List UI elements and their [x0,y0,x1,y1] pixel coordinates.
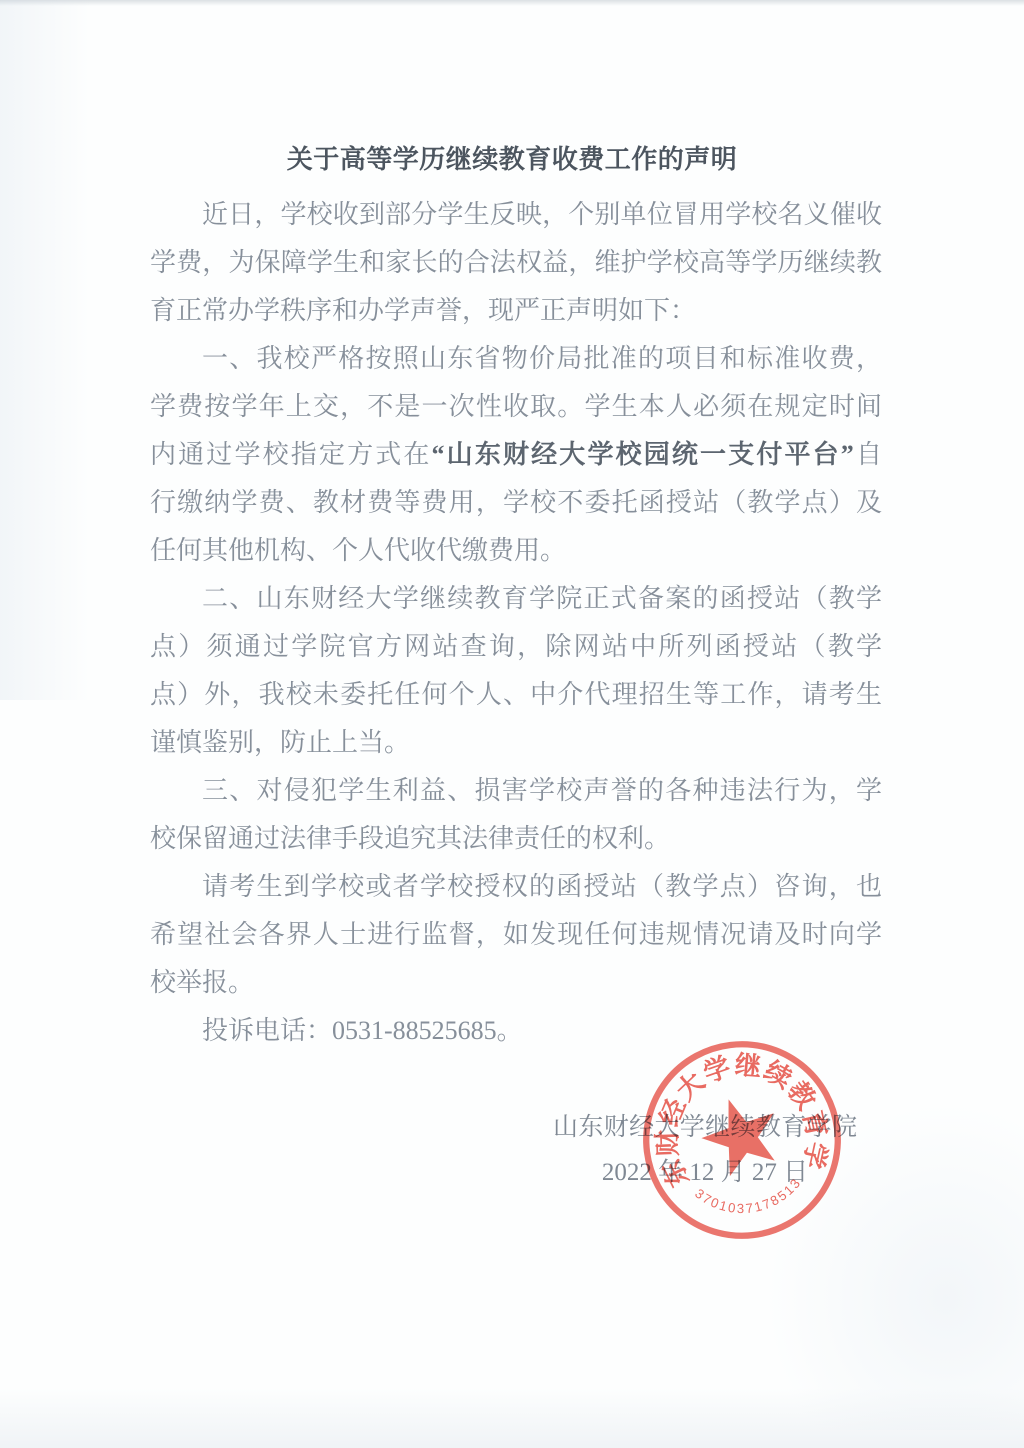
body-text: 三、对侵犯学生利益、损害学校声誉的各种违法行为，学 [202,776,882,805]
text-line: 一、我校严格按照山东省物价局批准的项目和标准收费， [150,335,882,383]
body-text: 行缴纳学费、教材费等费用，学校不委托函授站（教学点）及 [150,488,882,517]
body-text: 学费按学年上交，不是一次性收取。学生本人必须在规定时间 [150,392,882,421]
text-line: 点）外，我校未委托任何个人、中介代理招生等工作，请考生 [150,671,882,719]
body-text: 学费，为保障学生和家长的合法权益，维护学校高等学历继续教 [150,248,882,277]
seal-number: 3701037178513 [691,1173,807,1222]
body-text: 谨慎鉴别，防止上当。 [150,728,410,757]
body-text: 投诉电话：0531-88525685。 [202,1016,523,1045]
body-text: 近日，学校收到部分学生反映，个别单位冒用学校名义催收 [202,200,882,229]
body-text: 校举报。 [150,968,254,997]
body-text: 请考生到学校或者学校授权的函授站（教学点）咨询，也 [202,872,882,901]
scan-artifact-left [0,0,90,700]
body-text: 点）外，我校未委托任何个人、中介代理招生等工作，请考生 [150,680,882,709]
text-line: 任何其他机构、个人代收代缴费用。 [150,527,882,575]
seal-arc-text: 山东财经大学继续教育学院 [602,1000,837,1200]
text-line: 育正常办学秩序和办学声誉，现严正声明如下： [150,287,882,335]
document-title: 关于高等学历继续教育收费工作的声明 [0,139,1024,176]
body-text: 自 [854,440,882,469]
body-text: 内通过学校指定方式在 [150,440,432,469]
text-line: 希望社会各界人士进行监督，如发现任何违规情况请及时向学 [150,911,882,959]
text-line: 谨慎鉴别，防止上当。 [150,719,882,767]
text-line: 近日，学校收到部分学生反映，个别单位冒用学校名义催收 [150,191,882,239]
text-line: 内通过学校指定方式在“山东财经大学校园统一支付平台”自 [150,431,882,479]
paragraphs: 近日，学校收到部分学生反映，个别单位冒用学校名义催收学费，为保障学生和家长的合法… [150,191,882,1055]
text-line: 二、山东财经大学继续教育学院正式备案的函授站（教学 [150,575,882,623]
text-line: 点）须通过学院官方网站查询，除网站中所列函授站（教学 [150,623,882,671]
scanned-document-page: 关于高等学历继续教育收费工作的声明 近日，学校收到部分学生反映，个别单位冒用学校… [0,0,1024,1448]
body-text: 希望社会各界人士进行监督，如发现任何违规情况请及时向学 [150,920,882,949]
text-line: 学费按学年上交，不是一次性收取。学生本人必须在规定时间 [150,383,882,431]
body-text: 校保留通过法律手段追究其法律责任的权利。 [150,824,670,853]
emphasized-text: “山东财经大学校园统一支付平台” [432,440,854,469]
text-line: 请考生到学校或者学校授权的函授站（教学点）咨询，也 [150,863,882,911]
text-line: 三、对侵犯学生利益、损害学校声誉的各种违法行为，学 [150,767,882,815]
body-text: 二、山东财经大学继续教育学院正式备案的函授站（教学 [202,584,882,613]
body-text: 一、我校严格按照山东省物价局批准的项目和标准收费， [202,344,882,373]
official-seal: 山东财经大学继续教育学院 3701037178513 [602,1000,883,1281]
body-text: 点）须通过学院官方网站查询，除网站中所列函授站（教学 [150,632,882,661]
scan-artifact-bottom [0,1388,1024,1448]
body-text: 育正常办学秩序和办学声誉，现严正声明如下： [150,296,696,325]
document-body: 近日，学校收到部分学生反映，个别单位冒用学校名义催收学费，为保障学生和家长的合法… [150,191,882,1055]
text-line: 校保留通过法律手段追究其法律责任的权利。 [150,815,882,863]
text-line: 校举报。 [150,959,882,1007]
text-line: 学费，为保障学生和家长的合法权益，维护学校高等学历继续教 [150,239,882,287]
text-line: 行缴纳学费、教材费等费用，学校不委托函授站（教学点）及 [150,479,882,527]
body-text: 任何其他机构、个人代收代缴费用。 [150,536,566,565]
seal-star-icon [692,1087,788,1181]
